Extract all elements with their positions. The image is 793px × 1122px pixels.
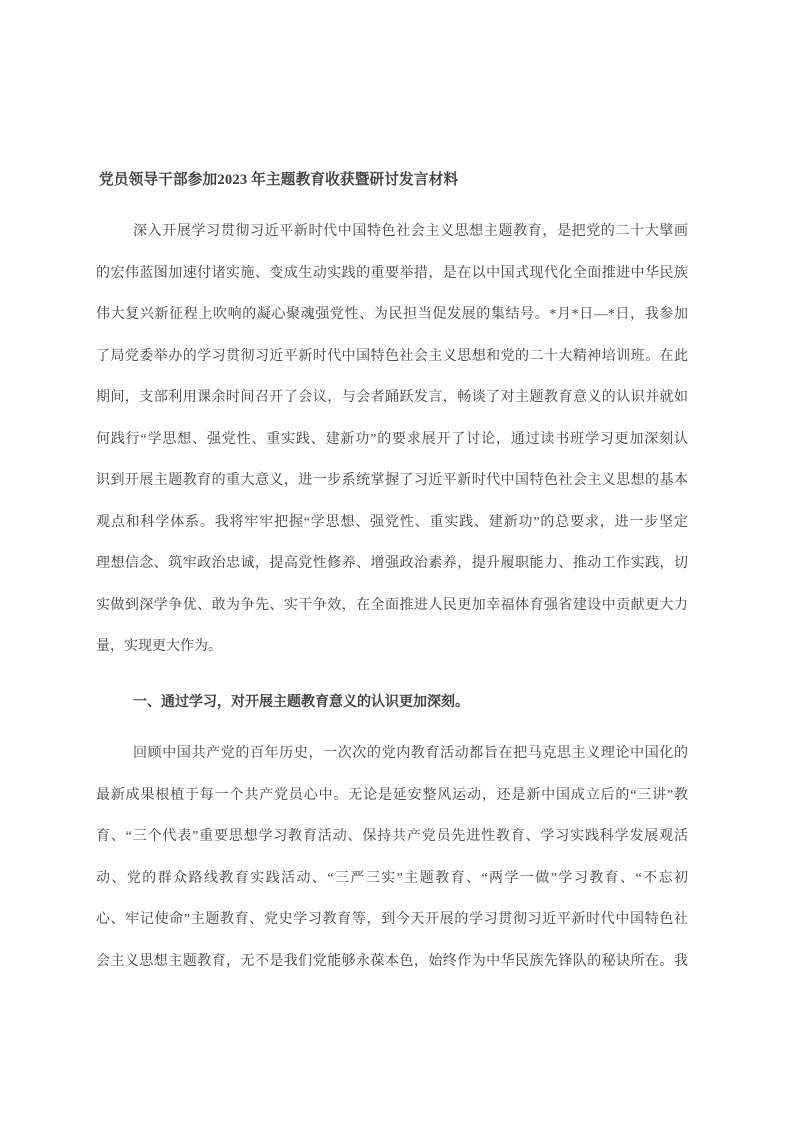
- text-line: 一、通过学习，对开展主题教育意义的认识更加深刻。: [96, 682, 688, 724]
- text-line: 实做到深学争优、敢为争先、实干争效，在全面推进人民更加幸福体育强省建设中贡献更大…: [96, 585, 688, 627]
- document-title: 党员领导干部参加2023 年主题教育收获暨研讨发言材料: [99, 170, 688, 190]
- body-paragraph-3: 回顾中国共产党的百年历史，一次次的党内教育活动都旨在把马克思主义理论中国化的最新…: [96, 733, 688, 982]
- text-line: 深入开展学习贯彻习近平新时代中国特色社会主义思想主题教育，是把党的二十大擘画: [96, 211, 688, 253]
- text-line: 伟大复兴新征程上吹响的凝心聚魂强党性、为民担当促发展的集结号。*月*日—*日，我…: [96, 294, 688, 336]
- document-body: 深入开展学习贯彻习近平新时代中国特色社会主义思想主题教育，是把党的二十大擘画的宏…: [96, 211, 688, 982]
- body-paragraph-1: 深入开展学习贯彻习近平新时代中国特色社会主义思想主题教育，是把党的二十大擘画的宏…: [96, 211, 688, 668]
- document-page: 党员领导干部参加2023 年主题教育收获暨研讨发言材料 深入开展学习贯彻习近平新…: [0, 0, 793, 1122]
- text-line: 期间，支部利用课余时间召开了会议，与会者踊跃发言，畅谈了对主题教育意义的认识并就…: [96, 377, 688, 419]
- text-line: 观点和科学体系。我将牢牢把握“学思想、强党性、重实践、建新功”的总要求，进一步坚…: [96, 502, 688, 544]
- text-line: 动、党的群众路线教育实践活动、“三严三实”主题教育、“两学一做”学习教育、“不忘…: [96, 858, 688, 900]
- text-line: 回顾中国共产党的百年历史，一次次的党内教育活动都旨在把马克思主义理论中国化的: [96, 733, 688, 775]
- text-line: 识到开展主题教育的重大意义，进一步系统掌握了习近平新时代中国特色社会主义思想的基…: [96, 460, 688, 502]
- text-line: 的宏伟蓝图加速付诸实施、变成生动实践的重要举措，是在以中国式现代化全面推进中华民…: [96, 253, 688, 295]
- text-line: 了局党委举办的学习贯彻习近平新时代中国特色社会主义思想和党的二十大精神培训班。在…: [96, 336, 688, 378]
- section-heading: 一、通过学习，对开展主题教育意义的认识更加深刻。: [96, 682, 688, 724]
- text-line: 量，实现更大作为。: [96, 626, 688, 668]
- text-line: 理想信念、筑牢政治忠诚，提高党性修养、增强政治素养，提升履职能力、推动工作实践，…: [96, 543, 688, 585]
- text-line: 育、“三个代表”重要思想学习教育活动、保持共产党员先进性教育、学习实践科学发展观…: [96, 816, 688, 858]
- text-line: 心、牢记使命”主题教育、党史学习教育等，到今天开展的学习贯彻习近平新时代中国特色…: [96, 899, 688, 941]
- text-line: 会主义思想主题教育，无不是我们党能够永葆本色，始终作为中华民族先锋队的秘诀所在。…: [96, 941, 688, 983]
- text-line: 最新成果根植于每一个共产党员心中。无论是延安整风运动，还是新中国成立后的“三讲”…: [96, 775, 688, 817]
- text-line: 何践行“学思想、强党性、重实践、建新功”的要求展开了讨论，通过读书班学习更加深刻…: [96, 419, 688, 461]
